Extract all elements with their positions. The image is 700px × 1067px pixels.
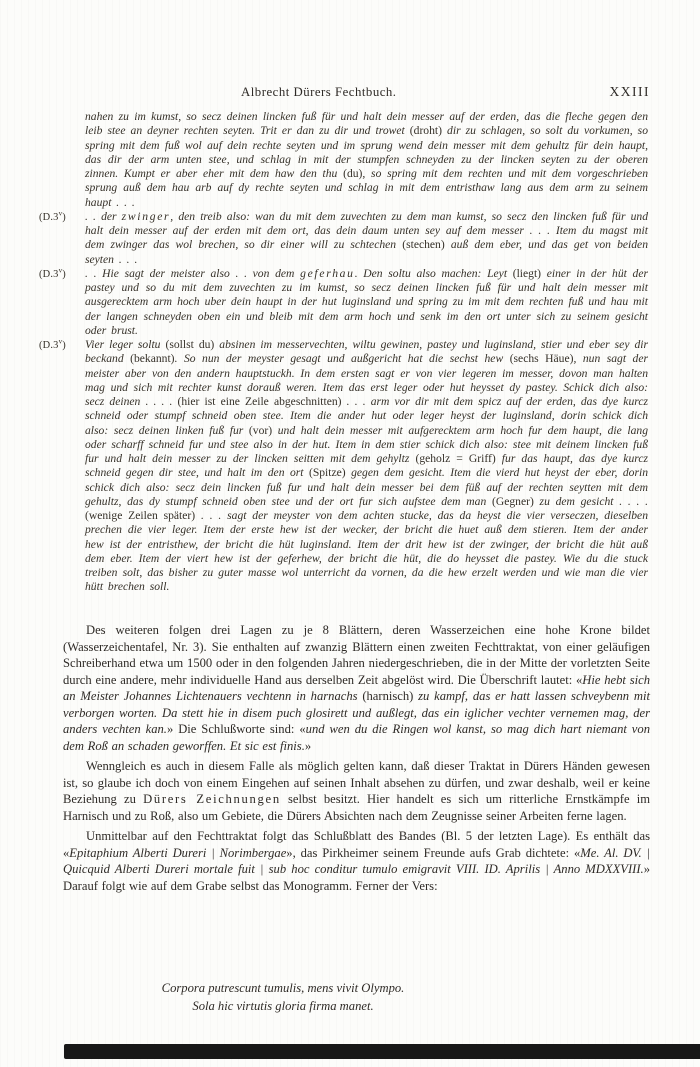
- transcription-paragraph: (D.3v). . der zwinger, den treib also: w…: [85, 210, 648, 267]
- body-text: (wenige Zeilen später): [85, 509, 195, 522]
- quoted-italic-text: . . Hie sagt der meister also . . von de…: [85, 267, 300, 280]
- quoted-italic-text: geferhau: [300, 267, 355, 280]
- latin-verse: Corpora putrescunt tumulis, mens vivit O…: [63, 980, 503, 1015]
- book-page-scan: Albrecht Dürers Fechtbuch. XXIII nahen z…: [0, 0, 700, 1067]
- scan-artifact-bar: [64, 1044, 700, 1059]
- body-text: (geholz = Griff): [415, 452, 495, 465]
- quoted-italic-text: . Den soltu also machen: Leyt: [355, 267, 513, 280]
- folio-reference-label: (D.3v): [39, 268, 66, 282]
- main-text-block: Des weiteren folgen drei Lagen zu je 8 B…: [63, 622, 650, 898]
- body-text: »: [305, 739, 311, 753]
- folio-reference-label: (D.3v): [39, 339, 66, 353]
- running-head-title: Albrecht Dürers Fechtbuch.: [241, 85, 397, 100]
- commentary-paragraph: Wenngleich es auch in diesem Falle als m…: [63, 758, 650, 824]
- quoted-italic-text: . So nun der meyster gesagt und außgeric…: [175, 352, 510, 365]
- quoted-italic-text: zu dem gesicht . . . .: [534, 495, 648, 508]
- body-text: (hier ist eine Zeile abgeschnitten): [178, 395, 342, 408]
- quoted-italic-text: zwinger: [122, 210, 171, 223]
- commentary-paragraph: Des weiteren folgen drei Lagen zu je 8 B…: [63, 622, 650, 754]
- body-text: (bekannt): [130, 352, 174, 365]
- body-text: Dürers Zeichnungen: [143, 792, 281, 806]
- transcription-paragraph: (D.3v)Vier leger soltu (sollst du) absin…: [85, 338, 648, 595]
- body-text: (Gegner): [492, 495, 534, 508]
- transcription-paragraph: nahen zu im kumst, so secz deinen lincke…: [85, 110, 648, 210]
- quoted-italic-text: Epitaphium Alberti Dureri | Norimbergae: [69, 846, 286, 860]
- body-text: (stechen): [402, 238, 445, 251]
- body-text: (du): [343, 167, 362, 180]
- quoted-italic-text: . . der: [85, 210, 122, 223]
- body-text: (sollst du): [165, 338, 214, 351]
- folio-reference-label: (D.3v): [39, 211, 66, 225]
- body-text: (harnisch): [362, 689, 413, 703]
- body-text: Des weiteren folgen drei Lagen zu je 8 B…: [63, 623, 650, 687]
- commentary-paragraph: Unmittelbar auf den Fechttraktat folgt d…: [63, 828, 650, 894]
- body-text: (vor): [249, 424, 272, 437]
- body-text: » Die Schlußworte sind: «: [167, 722, 306, 736]
- body-text: (droht): [410, 124, 442, 137]
- body-text: (Spitze): [309, 466, 346, 479]
- body-text: (sechs Häue): [510, 352, 574, 365]
- body-text: », das Pirkheimer seinem Freunde aufs Gr…: [286, 846, 580, 860]
- verse-line: Sola hic virtutis gloria firma manet.: [63, 998, 503, 1016]
- page-number: XXIII: [610, 84, 651, 100]
- verse-line: Corpora putrescunt tumulis, mens vivit O…: [63, 980, 503, 998]
- transcription-paragraph: (D.3v). . Hie sagt der meister also . . …: [85, 267, 648, 338]
- body-text: (liegt): [513, 267, 541, 280]
- transcription-quote-block: nahen zu im kumst, so secz deinen lincke…: [85, 110, 648, 595]
- quoted-italic-text: Vier leger soltu: [85, 338, 165, 351]
- page-header: Albrecht Dürers Fechtbuch. XXIII: [63, 85, 650, 102]
